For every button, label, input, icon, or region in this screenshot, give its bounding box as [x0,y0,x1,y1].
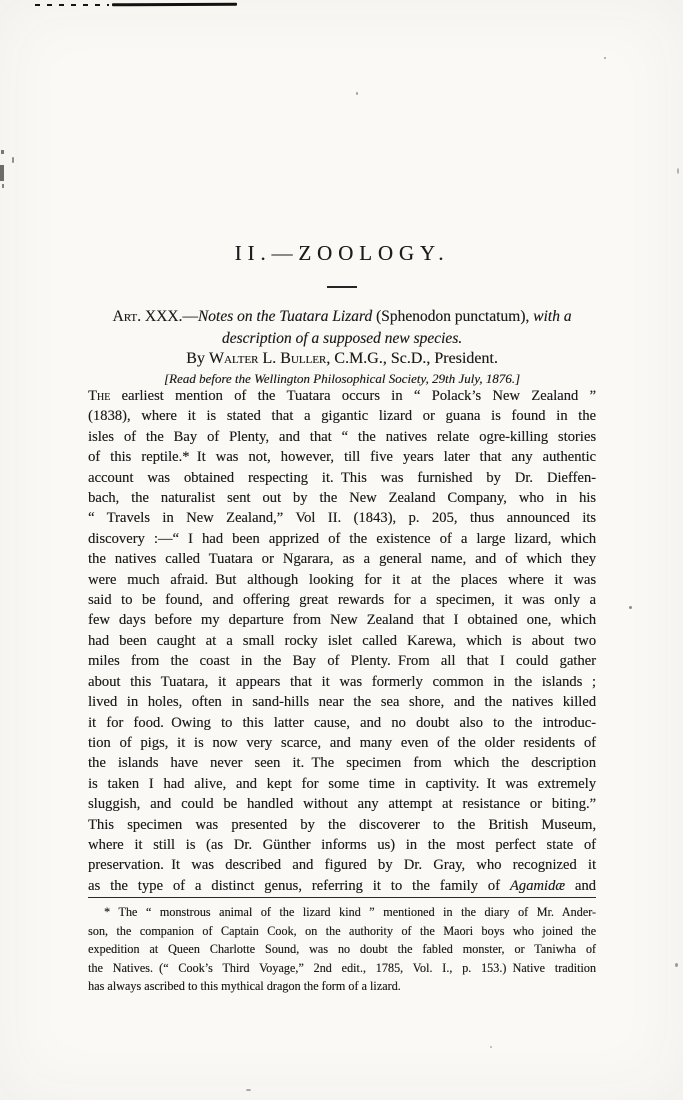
scan-artifact-left-speck [2,184,4,188]
scan-speck [675,963,678,967]
text-line: about this Tuatara, it appears that it w… [88,672,596,692]
text-line: has always ascribed to this mythical dra… [88,977,596,996]
text-line: lived in holes, often in sand-hills near… [88,692,596,712]
text-line: * The “ monstrous animal of the lizard k… [88,903,596,922]
text-line: the natives called Tuatara or Ngarara, a… [88,549,596,569]
text-line: were much afraid. But although looking f… [88,570,596,590]
text-line: where it still is (as Dr. Günther inform… [88,835,596,855]
text-line: few days before my departure from New Ze… [88,610,596,630]
text-line: description of a supposed new species. [88,328,596,350]
scan-speck [677,168,679,174]
text-line: Art. XXX.—Notes on the Tuatara Lizard (S… [88,306,596,328]
footnote-text: * The “ monstrous animal of the lizard k… [88,903,596,996]
scan-artifact-top-streak [112,3,237,7]
text-line: said to be found, and offering great rew… [88,590,596,610]
text-line: it for food. Owing to this latter cause,… [88,713,596,733]
text-line: “ Travels in New Zealand,” Vol II. (1843… [88,508,596,528]
text-line: miles from the coast in the Bay of Plent… [88,651,596,671]
text-line: account was obtained respecting it. This… [88,468,596,488]
text-line: discovery :—“ I had been apprized of the… [88,529,596,549]
scan-speck [629,606,632,609]
text-line: sluggish, and could be handled without a… [88,794,596,814]
text-line: is taken I had alive, and kept for some … [88,774,596,794]
text-line: [Read before the Wellington Philosophica… [88,371,596,387]
text-line: The earliest mention of the Tuatara occu… [88,386,596,406]
text-line: preservation. It was described and figur… [88,855,596,875]
text-line: isles of the Bay of Plenty, and that “ t… [88,427,596,447]
text-line: had been caught at a small rocky islet c… [88,631,596,651]
scan-artifact-left-speck [12,157,14,163]
text-line: By Walter L. Buller, C.M.G., Sc.D., Pres… [88,349,596,369]
text-line: tion of pigs, it is now very scarce, and… [88,733,596,753]
scan-speck [246,1089,251,1091]
footnote-divider-rule [88,897,596,898]
article-title: Art. XXX.—Notes on the Tuatara Lizard (S… [88,306,596,349]
text-line: bach, the naturalist sent out by the New… [88,488,596,508]
text-line: expedition at Queen Charlotte Sound, was… [88,940,596,959]
text-line: as the type of a distinct genus, referri… [88,876,596,896]
heading-divider-rule [327,286,357,288]
body-text: The earliest mention of the Tuatara occu… [88,386,596,896]
scan-speck [604,57,606,59]
section-heading: II.—ZOOLOGY. [88,241,596,266]
scan-artifact-left-speck [1,150,4,154]
scanned-journal-page: II.—ZOOLOGY. Art. XXX.—Notes on the Tuat… [0,0,683,1100]
read-before-note: [Read before the Wellington Philosophica… [88,371,596,387]
text-line: of this reptile.* It was not, however, t… [88,447,596,467]
scan-speck [490,1046,492,1048]
text-line: the islands have never seen it. The spec… [88,753,596,773]
text-line: This specimen was presented by the disco… [88,815,596,835]
article-byline: By Walter L. Buller, C.M.G., Sc.D., Pres… [88,349,596,369]
scan-artifact-left-speck [0,165,4,181]
scan-artifact-top-dashes [35,4,109,6]
text-line: the Natives. (“ Cook’s Third Voyage,” 2n… [88,959,596,978]
scan-speck [356,92,358,95]
text-line: son, the companion of Captain Cook, on t… [88,922,596,941]
text-line: (1838), where it is stated that a gigant… [88,406,596,426]
